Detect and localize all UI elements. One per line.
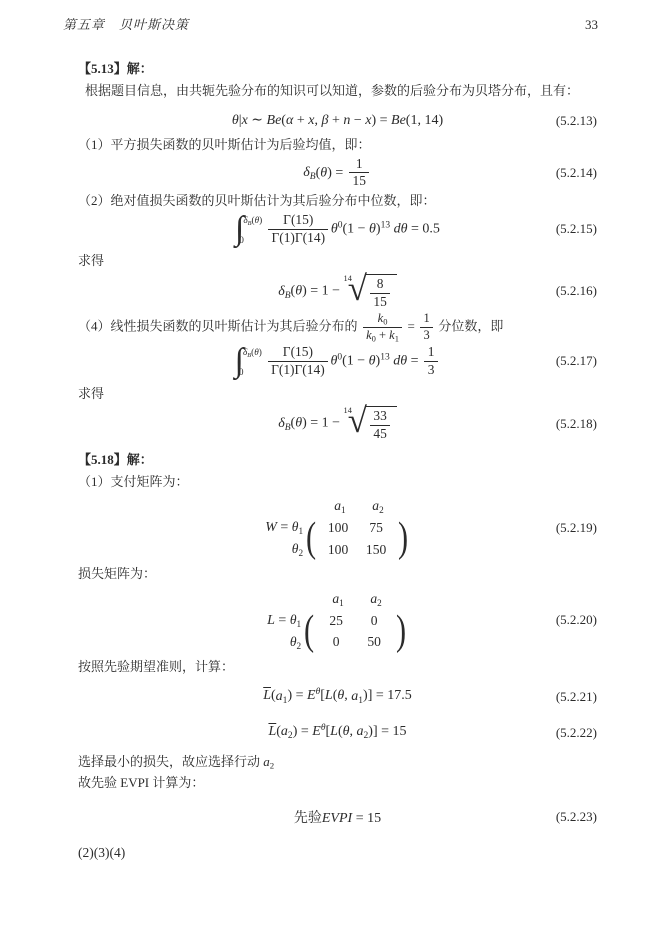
page-number: 33 <box>585 17 598 33</box>
obtain-text-2: 求得 <box>78 384 597 404</box>
equation-content: L(a1) = Eθ[L(θ, a1)] = 17.5 <box>263 688 412 706</box>
equation-5-2-22: L(a2) = Eθ[L(θ, a2)] = 15(5.2.22) <box>78 724 597 742</box>
equation-number: (5.2.23) <box>556 809 597 825</box>
equation-number: (5.2.17) <box>556 353 597 369</box>
equation-content: L(a2) = Eθ[L(θ, a2)] = 15 <box>268 724 406 742</box>
equation-content: δB(θ) = 1 − 14√3345 <box>278 405 397 442</box>
equation-number: (5.2.14) <box>556 165 597 181</box>
choose-action-text: 选择最小的损失，故应选择行动 a2 <box>78 752 597 772</box>
chapter-title: 第五章 贝叶斯决策 <box>63 14 189 33</box>
loss-matrix-text: 损失矩阵为： <box>78 564 597 584</box>
equation-number: (5.2.22) <box>556 725 597 741</box>
equation-5-2-17: ∫δB(θ)0Γ(15)Γ(1)Γ(14)θ0(1 − θ)13dθ = 13(… <box>78 345 597 378</box>
equation-content: W = a1a2θ1θ2(10075100150) <box>265 495 410 560</box>
equation-5-2-16: δB(θ) = 1 − 14√815(5.2.16) <box>78 273 597 310</box>
equation-5-2-20: L = a1a2θ1θ2(250050)(5.2.20) <box>78 588 597 653</box>
equation-5-2-15: ∫δB(θ)0Γ(15)Γ(1)Γ(14)θ0(1 − θ)13dθ = 0.5… <box>78 213 597 246</box>
intro-paragraph: 根据题目信息，由共轭先验分布的知识可以知道，参数的后验分布为贝塔分布，且有： <box>78 81 597 101</box>
equation-5-2-13: θ|x ∼ Be(α + x, β + n − x) = Be(1, 14)(5… <box>78 112 597 129</box>
equation-number: (5.2.21) <box>556 689 597 705</box>
document-page: 第五章 贝叶斯决策 33 【5.13】解：根据题目信息，由共轭先验分布的知识可以… <box>0 0 660 933</box>
equation-content: ∫δB(θ)0Γ(15)Γ(1)Γ(14)θ0(1 − θ)13dθ = 0.5 <box>235 213 440 246</box>
equation-number: (5.2.18) <box>556 416 597 432</box>
equation-content: ∫δB(θ)0Γ(15)Γ(1)Γ(14)θ0(1 − θ)13dθ = 13 <box>235 345 441 378</box>
equation-5-2-18: δB(θ) = 1 − 14√3345(5.2.18) <box>78 405 597 442</box>
document-content: 【5.13】解：根据题目信息，由共轭先验分布的知识可以知道，参数的后验分布为贝塔… <box>0 59 660 863</box>
item-2-absolute-loss: （2）绝对值损失函数的贝叶斯估计为其后验分布中位数，即： <box>78 191 597 211</box>
equation-number: (5.2.19) <box>556 520 597 536</box>
prior-evpi-text: 故先验 EVPI 计算为： <box>78 773 597 793</box>
equation-5-2-14: δB(θ) = 115(5.2.14) <box>78 157 597 190</box>
equation-5-2-19: W = a1a2θ1θ2(10075100150)(5.2.19) <box>78 495 597 560</box>
equation-number: (5.2.13) <box>556 113 597 129</box>
equation-number: (5.2.15) <box>556 221 597 237</box>
footer-items-text: (2)(3)(4) <box>78 843 597 863</box>
heading-5-13: 【5.13】解： <box>78 59 597 79</box>
equation-number: (5.2.20) <box>556 612 597 628</box>
prior-expectation-text: 按照先验期望准则，计算： <box>78 657 597 677</box>
obtain-text-1: 求得 <box>78 251 597 271</box>
equation-content: L = a1a2θ1θ2(250050) <box>267 588 408 653</box>
equation-5-2-23: 先验EVPI = 15(5.2.23) <box>78 807 597 827</box>
equation-content: 先验EVPI = 15 <box>294 807 381 827</box>
item-1-payoff-matrix: （1）支付矩阵为： <box>78 472 597 492</box>
equation-content: θ|x ∼ Be(α + x, β + n − x) = Be(1, 14) <box>232 112 443 129</box>
heading-5-18: 【5.18】解： <box>78 450 597 470</box>
equation-5-2-21: L(a1) = Eθ[L(θ, a1)] = 17.5(5.2.21) <box>78 688 597 706</box>
equation-content: δB(θ) = 1 − 14√815 <box>278 273 397 310</box>
equation-number: (5.2.16) <box>556 283 597 299</box>
page-header: 第五章 贝叶斯决策 33 <box>0 0 660 33</box>
item-4-linear-loss: （4）线性损失函数的贝叶斯估计为其后验分布的 k0k0 + k1 = 13 分位… <box>78 312 597 343</box>
item-1-squared-loss: （1）平方损失函数的贝叶斯估计为后验均值，即： <box>78 135 597 155</box>
equation-content: δB(θ) = 115 <box>303 157 371 190</box>
